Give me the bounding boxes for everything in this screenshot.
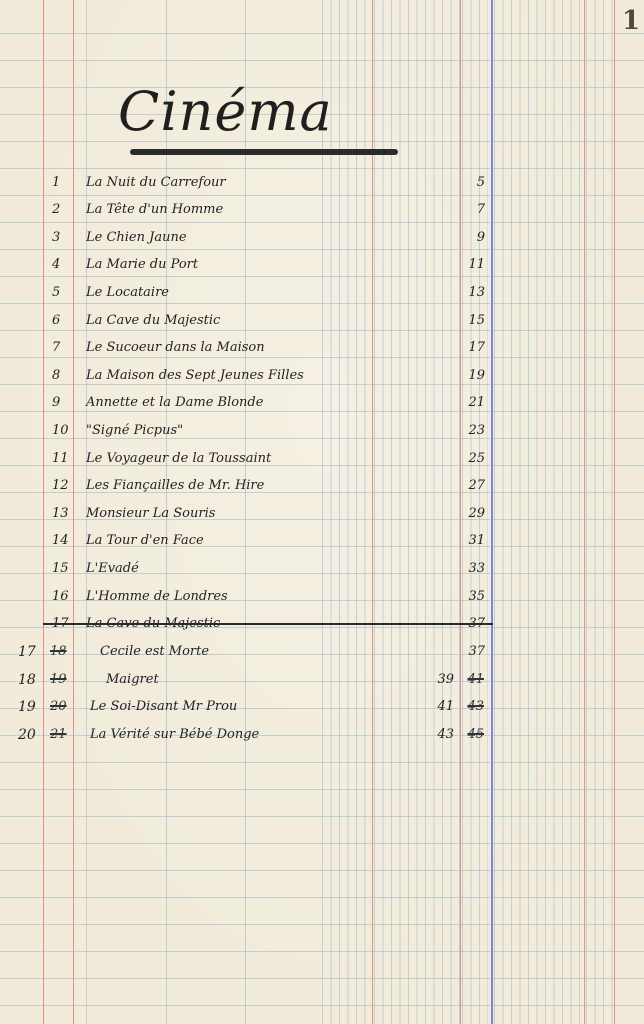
corrected-page: 39 — [426, 672, 454, 687]
entry-title: Monsieur La Souris — [86, 506, 215, 521]
list-item: 11 Le Voyageur de la Toussaint 25 — [0, 445, 644, 472]
corrected-list-item: 18 19 Maigret 39 41 — [0, 666, 644, 693]
corrected-number: 19 — [18, 699, 36, 715]
entry-title: Cecile est Morte — [100, 644, 209, 659]
crossed-out-number: 18 — [50, 644, 68, 659]
entry-title: L'Homme de Londres — [86, 589, 228, 604]
entry-number: 10 — [52, 423, 70, 438]
entry-number: 13 — [52, 506, 70, 521]
entry-title: La Maison des Sept Jeunes Filles — [86, 368, 304, 383]
list-item: 6 La Cave du Majestic 15 — [0, 307, 644, 334]
entry-page: 9 — [455, 230, 485, 245]
corrected-number: 17 — [18, 644, 36, 660]
entry-title: Annette et la Dame Blonde — [86, 395, 263, 410]
list-item: 8 La Maison des Sept Jeunes Filles 19 — [0, 362, 644, 389]
entry-number: 12 — [52, 478, 70, 493]
entry-page: 31 — [455, 533, 485, 548]
ledger-page: 1 Cinéma 1 La Nuit du Carrefour 5 2 La T… — [0, 0, 644, 1024]
corrected-page: 41 — [426, 699, 454, 714]
entry-page: 7 — [455, 202, 485, 217]
entry-page: 19 — [455, 368, 485, 383]
entry-number: 7 — [52, 340, 70, 355]
entry-title: "Signé Picpus" — [86, 423, 183, 438]
entry-title: La Tour d'en Face — [86, 533, 204, 548]
crossed-out-number: 21 — [50, 727, 68, 742]
entry-title: Maigret — [106, 672, 159, 687]
entry-page: 29 — [455, 506, 485, 521]
entry-number: 3 — [52, 230, 70, 245]
list-item: 5 Le Locataire 13 — [0, 279, 644, 306]
list-item: 7 Le Sucoeur dans la Maison 17 — [0, 334, 644, 361]
entry-number: 9 — [52, 395, 70, 410]
entry-title: Le Chien Jaune — [86, 230, 187, 245]
entry-title: La Tête d'un Homme — [86, 202, 223, 217]
entry-number: 6 — [52, 313, 70, 328]
entry-number: 15 — [52, 561, 70, 576]
entry-page: 17 — [455, 340, 485, 355]
corrected-list-item: 17 18 Cecile est Morte 37 — [0, 638, 644, 665]
list-item: 3 Le Chien Jaune 9 — [0, 224, 644, 251]
entry-title: La Cave du Majestic — [86, 313, 220, 328]
corrected-list-item: 19 20 Le Soi-Disant Mr Prou 41 43 — [0, 693, 644, 720]
entry-page: 35 — [455, 589, 485, 604]
entry-title: Le Sucoeur dans la Maison — [86, 340, 265, 355]
list-item: 14 La Tour d'en Face 31 — [0, 527, 644, 554]
entry-page: 33 — [455, 561, 485, 576]
entry-page: 27 — [455, 478, 485, 493]
crossed-out-page: 45 — [458, 727, 484, 742]
entry-number: 2 — [52, 202, 70, 217]
corrected-number: 20 — [18, 727, 36, 743]
list-item: 15 L'Evadé 33 — [0, 555, 644, 582]
entry-title: L'Evadé — [86, 561, 139, 576]
list-item: 2 La Tête d'un Homme 7 — [0, 196, 644, 223]
entry-page: 23 — [455, 423, 485, 438]
list-item: 12 Les Fiançailles de Mr. Hire 27 — [0, 472, 644, 499]
entry-number: 8 — [52, 368, 70, 383]
entry-page: 5 — [455, 175, 485, 190]
corrected-page: 43 — [426, 727, 454, 742]
crossed-out-page: 41 — [458, 672, 484, 687]
entry-title: Le Locataire — [86, 285, 169, 300]
corrected-number: 18 — [18, 672, 36, 688]
entry-title: La Nuit du Carrefour — [86, 175, 226, 190]
entry-number: 1 — [52, 175, 70, 190]
entry-title: La Marie du Port — [86, 257, 198, 272]
entry-title: Les Fiançailles de Mr. Hire — [86, 478, 264, 493]
crossed-out-page: 43 — [458, 699, 484, 714]
list-item: 16 L'Homme de Londres 35 — [0, 583, 644, 610]
list-item: 10 "Signé Picpus" 23 — [0, 417, 644, 444]
entry-number: 14 — [52, 533, 70, 548]
entry-page: 13 — [455, 285, 485, 300]
corrected-list-item: 20 21 La Vérité sur Bébé Donge 43 45 — [0, 721, 644, 748]
entry-title: Le Soi-Disant Mr Prou — [90, 699, 237, 714]
crossed-out-number: 20 — [50, 699, 68, 714]
list-item: 1 La Nuit du Carrefour 5 — [0, 169, 644, 196]
entry-title: Le Voyageur de la Toussaint — [86, 451, 271, 466]
title-underline — [130, 149, 398, 155]
page-number: 1 — [622, 6, 640, 36]
list-item: 4 La Marie du Port 11 — [0, 251, 644, 278]
entry-page: 25 — [455, 451, 485, 466]
crossed-out-number: 19 — [50, 672, 68, 687]
entry-page: 15 — [455, 313, 485, 328]
entry-page: 11 — [455, 257, 485, 272]
entry-page: 37 — [455, 644, 485, 659]
entry-page: 21 — [455, 395, 485, 410]
entry-number: 5 — [52, 285, 70, 300]
entry-title: La Vérité sur Bébé Donge — [90, 727, 259, 742]
struck-list-item: 17 La Cave du Majestic 37 — [0, 610, 644, 637]
entry-number: 16 — [52, 589, 70, 604]
list-item: 13 Monsieur La Souris 29 — [0, 500, 644, 527]
page-title: Cinéma — [118, 80, 333, 143]
entry-number: 11 — [52, 451, 70, 466]
strike-through-line — [43, 623, 493, 625]
list-item: 9 Annette et la Dame Blonde 21 — [0, 389, 644, 416]
entry-number: 4 — [52, 257, 70, 272]
